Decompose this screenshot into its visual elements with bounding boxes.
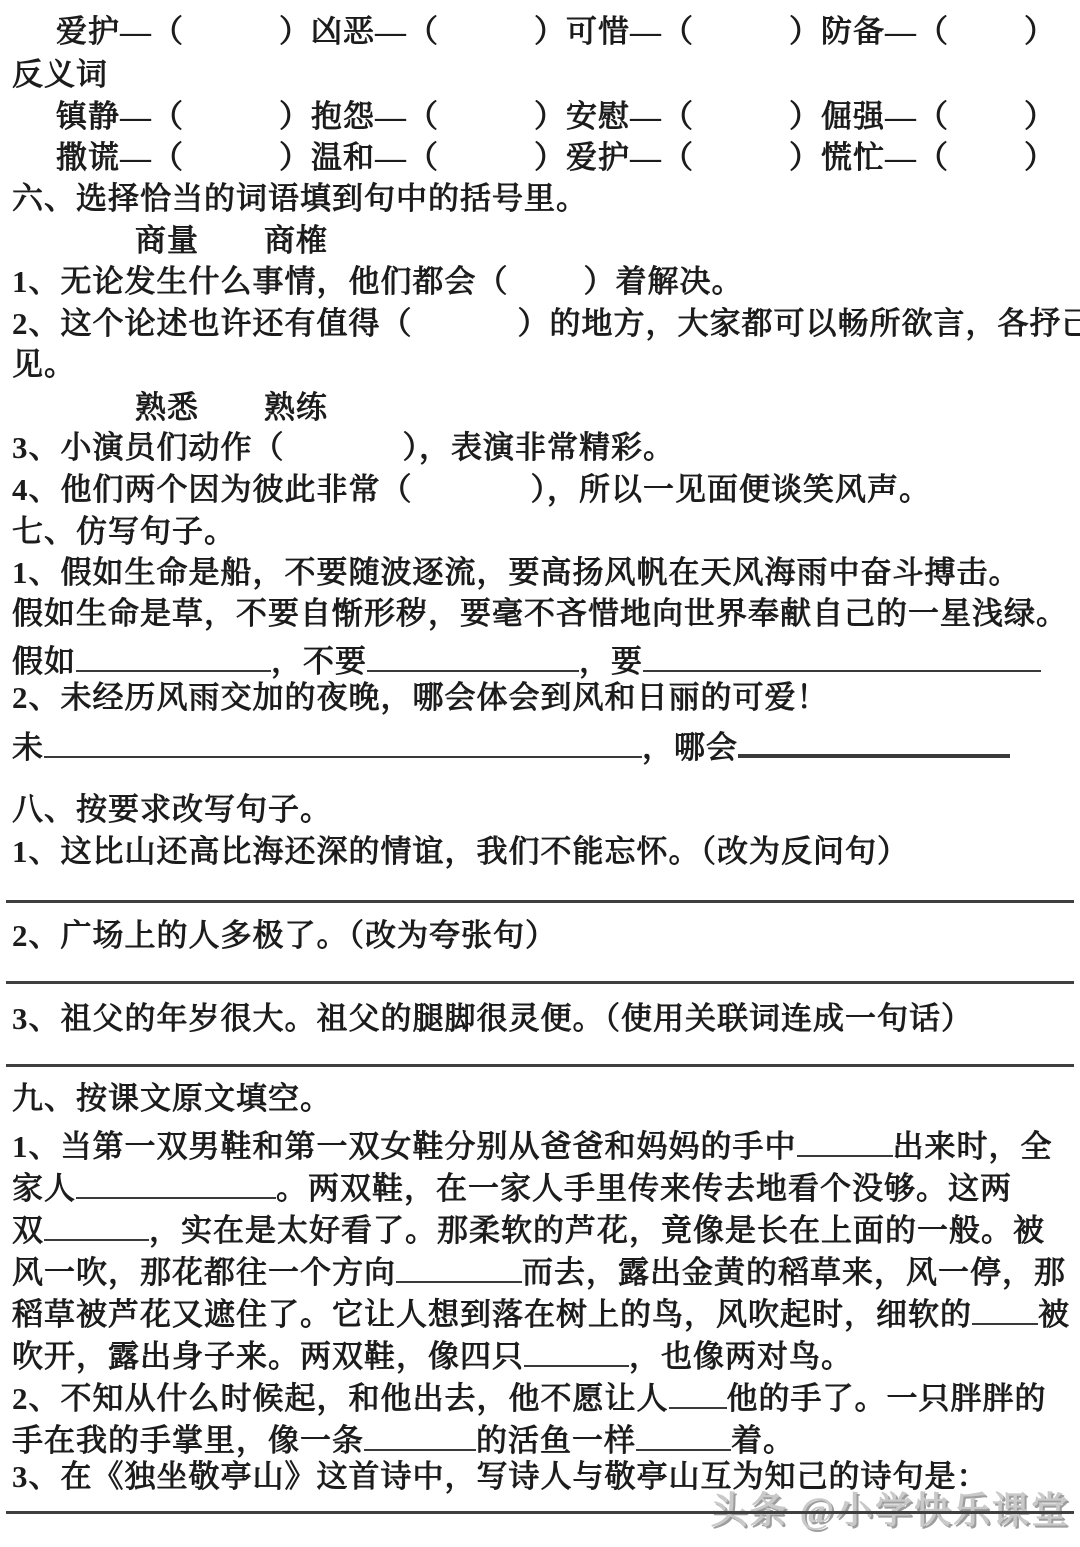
text-segment: 反义词 (12, 55, 108, 95)
fill-in-blank (643, 636, 1041, 672)
text-segment: 熟悉 (135, 388, 199, 428)
text-segment: 1、当第一双男鞋和第一双女鞋分别从爸爸和妈妈的手中 (12, 1127, 797, 1167)
text-segment: 被 (1038, 1295, 1070, 1335)
fill-in-blank (524, 1331, 629, 1367)
text-segment: 2、不知从什么时候起，和他出去，他不愿让人 (12, 1379, 669, 1419)
text-segment: ）温和—（ (279, 138, 439, 178)
paren-gap (413, 499, 531, 500)
paren-gap (184, 126, 279, 127)
fill-in-blank (797, 1121, 893, 1157)
paren-gap (439, 167, 534, 168)
q9-1-line1: 1、当第一双男鞋和第一双女鞋分别从爸爸和妈妈的手中出来时，全 (12, 1121, 1053, 1167)
antonym-row-1: 镇静—（）抱怨—（）安慰—（）倔强—（） (56, 97, 1056, 137)
q7-1-model-line2: 假如生命是草，不要自惭形秽，要毫不吝惜地向世界奉献自己的一星浅绿。 (12, 594, 1068, 634)
answer-line-q8-2 (6, 981, 1074, 984)
text-segment: 1、假如生命是船，不要随波逐流，要高扬风帆在天风海雨中奋斗搏击。 (12, 553, 1021, 593)
q9-1-line5: 稻草被芦花又遮住了。它让人想到落在树上的鸟，风吹起时，细软的被 (12, 1289, 1070, 1335)
text-segment: ）抱怨—（ (279, 97, 439, 137)
text-segment: 4、他们两个因为彼此非常（ (12, 470, 413, 510)
text-segment: ）的地方，大家都可以畅所欲言，各抒己 (518, 304, 1080, 344)
fill-in-blank (76, 1163, 276, 1199)
q7-2-model: 2、未经历风雨交加的夜晚，哪会体会到风和日丽的可爱！ (12, 678, 829, 718)
text-segment: ，要 (579, 642, 643, 682)
fill-in-blank (364, 1415, 476, 1451)
q8-1: 1、这比山还高比海还深的情谊，我们不能忘怀。（改为反问句） (12, 832, 909, 872)
word-choices-1: 商量商榷 (135, 221, 328, 261)
text-segment: 的活鱼一样 (476, 1421, 636, 1461)
text-segment: 吹开，露出身子来。两双鞋，像四只 (12, 1337, 524, 1377)
paren-gap (439, 126, 534, 127)
text-segment: 商量 (135, 221, 199, 261)
antonym-row-2: 撒谎—（）温和—（）爱护—（）慌忙—（） (56, 138, 1056, 178)
text-segment: 2、广场上的人多极了。（改为夸张句） (12, 916, 557, 956)
text-segment: 1、这比山还高比海还深的情谊，我们不能忘怀。（改为反问句） (12, 832, 909, 872)
q6-4: 4、他们两个因为彼此非常（），所以一见面便谈笑风声。 (12, 470, 931, 510)
answer-line-q8-1 (6, 900, 1074, 903)
paren-gap (439, 41, 534, 42)
text-segment: ）着解决。 (584, 262, 744, 302)
q7-1-answer-line: 假如，不要，要 (12, 636, 1041, 682)
text-segment: 未 (12, 728, 44, 768)
fill-in-blank (972, 1289, 1038, 1325)
text-segment: 稻草被芦花又遮住了。它让人想到落在树上的鸟，风吹起时，细软的 (12, 1295, 972, 1335)
paren-gap (694, 167, 789, 168)
text-segment: 假如 (12, 642, 76, 682)
q7-2-answer-line: 未，哪会 (12, 720, 1010, 768)
section-8-heading: 八、按要求改写句子。 (12, 790, 332, 830)
text-segment: ）慌忙—（ (789, 138, 949, 178)
text-segment: 假如生命是草，不要自惭形秽，要毫不吝惜地向世界奉献自己的一星浅绿。 (12, 594, 1068, 634)
fill-in-blank (738, 720, 1010, 758)
answer-line-q8-3 (6, 1064, 1074, 1067)
word-choices-2: 熟悉熟练 (135, 388, 328, 428)
antonym-heading: 反义词 (12, 55, 108, 95)
fill-in-blank (44, 722, 642, 758)
text-segment: 双 (12, 1211, 44, 1251)
text-segment: ）凶恶—（ (279, 12, 439, 52)
text-segment: 3、小演员们动作（ (12, 428, 285, 468)
paren-gap (199, 250, 264, 251)
section-9-heading: 九、按课文原文填空。 (12, 1079, 332, 1119)
answer-line-q9-3 (6, 1511, 1074, 1514)
q9-2-line1: 2、不知从什么时候起，和他出去，他不愿让人他的手了。一只胖胖的 (12, 1373, 1047, 1419)
q9-1-line6: 吹开，露出身子来。两双鞋，像四只，也像两对鸟。 (12, 1331, 853, 1377)
text-segment: ）可惜—（ (534, 12, 694, 52)
text-segment: ），所以一见面便谈笑风声。 (531, 470, 932, 510)
fill-in-blank (396, 1247, 522, 1283)
text-segment: 镇静—（ (56, 97, 184, 137)
text-segment: 风一吹，那花都往一个方向 (12, 1253, 396, 1293)
paren-gap (949, 167, 1024, 168)
fill-in-blank (636, 1415, 731, 1451)
q6-1: 1、无论发生什么事情，他们都会（）着解决。 (12, 262, 744, 302)
text-segment: 而去，露出金黄的稻草来，风一停，那 (522, 1253, 1066, 1293)
paren-gap (949, 41, 1024, 42)
paren-gap (199, 417, 264, 418)
text-segment: ，也像两对鸟。 (629, 1337, 853, 1377)
paren-gap (694, 41, 789, 42)
text-segment: ）爱护—（ (534, 138, 694, 178)
text-segment: ） (1024, 12, 1056, 52)
paren-gap (413, 333, 518, 334)
text-segment: 。两双鞋，在一家人手里传来传去地看个没够。这两 (276, 1169, 1012, 1209)
text-segment: ，不要 (271, 642, 367, 682)
paren-gap (184, 41, 279, 42)
synonym-row-2: 爱护—（）凶恶—（）可惜—（）防备—（） (56, 12, 1056, 52)
text-segment: ） (1024, 97, 1056, 137)
text-segment: 七、仿写句子。 (12, 512, 236, 552)
q6-3: 3、小演员们动作（），表演非常精彩。 (12, 428, 675, 468)
text-segment: 3、祖父的年岁很大。祖父的腿脚很灵便。（使用关联词连成一句话） (12, 999, 973, 1039)
text-segment: ，实在是太好看了。那柔软的芦花，竟像是长在上面的一般。被 (149, 1211, 1045, 1251)
text-segment: 撒谎—（ (56, 138, 184, 178)
section-7-heading: 七、仿写句子。 (12, 512, 236, 552)
paren-gap (184, 167, 279, 168)
section-6-heading: 六、选择恰当的词语填到句中的括号里。 (12, 179, 588, 219)
q6-2-line2: 见。 (12, 345, 76, 385)
text-segment: 他的手了。一只胖胖的 (727, 1379, 1047, 1419)
text-segment: ） (1024, 138, 1056, 178)
fill-in-blank (367, 636, 579, 672)
q9-3: 3、在《独坐敬亭山》这首诗中，写诗人与敬亭山互为知己的诗句是： (12, 1457, 989, 1497)
text-segment: 出来时，全 (893, 1127, 1053, 1167)
text-segment: 2、未经历风雨交加的夜晚，哪会体会到风和日丽的可爱！ (12, 678, 829, 718)
text-segment: ，哪会 (642, 728, 738, 768)
text-segment: 家人 (12, 1169, 76, 1209)
fill-in-blank (669, 1373, 727, 1409)
paren-gap (285, 457, 403, 458)
fill-in-blank (44, 1205, 149, 1241)
text-segment: 1、无论发生什么事情，他们都会（ (12, 262, 509, 302)
text-segment: 六、选择恰当的词语填到句中的括号里。 (12, 179, 588, 219)
q9-1-line4: 风一吹，那花都往一个方向而去，露出金黄的稻草来，风一停，那 (12, 1247, 1066, 1293)
q9-1-line3: 双，实在是太好看了。那柔软的芦花，竟像是长在上面的一般。被 (12, 1205, 1045, 1251)
worksheet-page: 头条 @小学快乐课堂 爱护—（）凶恶—（）可惜—（）防备—（）反义词镇静—（）抱… (0, 0, 1080, 1547)
text-segment: 2、这个论述也许还有值得（ (12, 304, 413, 344)
text-segment: 八、按要求改写句子。 (12, 790, 332, 830)
text-segment: 着。 (731, 1421, 795, 1461)
text-segment: ）倔强—（ (789, 97, 949, 137)
q6-2-line1: 2、这个论述也许还有值得（）的地方，大家都可以畅所欲言，各抒己 (12, 304, 1080, 344)
text-segment: 九、按课文原文填空。 (12, 1079, 332, 1119)
text-segment: 3、在《独坐敬亭山》这首诗中，写诗人与敬亭山互为知己的诗句是： (12, 1457, 989, 1497)
text-segment: ），表演非常精彩。 (403, 428, 676, 468)
text-segment: 见。 (12, 345, 76, 385)
q9-1-line2: 家人。两双鞋，在一家人手里传来传去地看个没够。这两 (12, 1163, 1012, 1209)
text-segment: 手在我的手掌里，像一条 (12, 1421, 364, 1461)
fill-in-blank (76, 636, 271, 672)
paren-gap (694, 126, 789, 127)
q8-2: 2、广场上的人多极了。（改为夸张句） (12, 916, 557, 956)
paren-gap (509, 291, 584, 292)
q8-3: 3、祖父的年岁很大。祖父的腿脚很灵便。（使用关联词连成一句话） (12, 999, 973, 1039)
text-segment: 熟练 (264, 388, 328, 428)
text-segment: 爱护—（ (56, 12, 184, 52)
q9-2-line2: 手在我的手掌里，像一条的活鱼一样着。 (12, 1415, 795, 1461)
text-segment: ）安慰—（ (534, 97, 694, 137)
paren-gap (949, 126, 1024, 127)
text-segment: ）防备—（ (789, 12, 949, 52)
text-segment: 商榷 (264, 221, 328, 261)
q7-1-model-line1: 1、假如生命是船，不要随波逐流，要高扬风帆在天风海雨中奋斗搏击。 (12, 553, 1021, 593)
